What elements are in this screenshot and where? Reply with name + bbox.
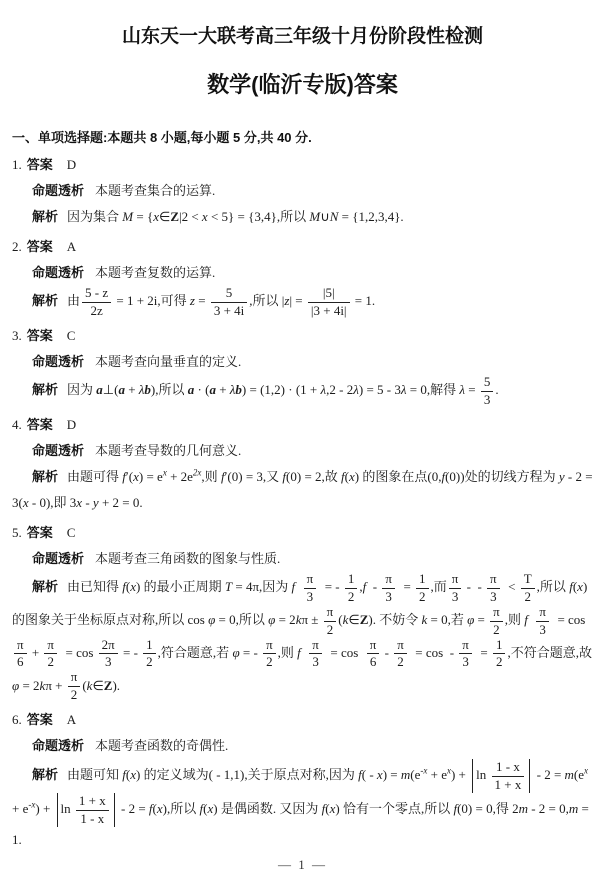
solution-line: 解析由已知得 f(x) 的最小正周期 T = 4π,因为 f π3 = - 12… — [12, 572, 593, 704]
solution-label: 解析 — [32, 469, 58, 484]
analysis-text: 本题考查函数的奇偶性. — [95, 738, 228, 753]
answer-label: 答案 — [27, 712, 53, 727]
analysis-label: 命题透析 — [32, 551, 84, 566]
solution-line: 解析由题可知 f(x) 的定义域为( - 1,1),关于原点对称,因为 f( -… — [12, 759, 593, 853]
analysis-text: 本题考查导数的几何意义. — [95, 443, 241, 458]
solution-label: 解析 — [32, 382, 58, 397]
question-number: 6. — [12, 712, 22, 727]
analysis-text: 本题考查三角函数的图象与性质. — [95, 551, 280, 566]
page-subtitle: 数学(临沂专版)答案 — [12, 70, 593, 100]
answer-label: 答案 — [27, 328, 53, 343]
section-heading: 一、单项选择题:本题共 8 小题,每小题 5 分,共 40 分. — [12, 128, 593, 148]
answer-value: C — [67, 525, 76, 540]
question-number: 3. — [12, 328, 22, 343]
solution-line: 解析因为 a⊥(a + λb),所以 a · (a + λb) = (1,2) … — [12, 375, 593, 408]
question-number: 2. — [12, 239, 22, 254]
analysis-label: 命题透析 — [32, 443, 84, 458]
question-number: 5. — [12, 525, 22, 540]
solution-label: 解析 — [32, 293, 58, 308]
answer-line: 1.答案D — [12, 152, 593, 178]
solution-line: 解析由题可得 f′(x) = ex + 2e2x,则 f′(0) = 3,又 f… — [12, 464, 593, 516]
analysis-text: 本题考查集合的运算. — [95, 183, 215, 198]
analysis-line: 命题透析本题考查复数的运算. — [32, 260, 593, 286]
answer-label: 答案 — [27, 525, 53, 540]
solution-line: 解析由5 - z2z = 1 + 2i,可得 z = 53 + 4i,所以 |z… — [12, 286, 593, 319]
solution-text: 由题可得 f′(x) = ex + 2e2x,则 f′(0) = 3,又 f(0… — [12, 469, 593, 510]
answer-value: D — [67, 417, 76, 432]
answer-value: D — [67, 157, 76, 172]
solution-label: 解析 — [32, 209, 58, 224]
question-number: 4. — [12, 417, 22, 432]
solution-text: 因为集合 M = {x∈Z|2 < x < 5} = {3,4},所以 M∪N … — [67, 209, 404, 224]
question-number: 1. — [12, 157, 22, 172]
answer-line: 4.答案D — [12, 412, 593, 438]
question-4-block: 4.答案D 命题透析本题考查导数的几何意义. 解析由题可得 f′(x) = ex… — [12, 412, 593, 516]
page-title: 山东天一大联考高三年级十月份阶段性检测 — [12, 24, 593, 50]
solution-line: 解析因为集合 M = {x∈Z|2 < x < 5} = {3,4},所以 M∪… — [12, 204, 593, 230]
analysis-label: 命题透析 — [32, 738, 84, 753]
answer-line: 5.答案C — [12, 520, 593, 546]
answer-sheet-page: 山东天一大联考高三年级十月份阶段性检测 数学(临沂专版)答案 一、单项选择题:本… — [0, 0, 605, 895]
analysis-line: 命题透析本题考查函数的奇偶性. — [32, 733, 593, 759]
answer-line: 2.答案A — [12, 234, 593, 260]
analysis-line: 命题透析本题考查向量垂直的定义. — [32, 349, 593, 375]
analysis-label: 命题透析 — [32, 183, 84, 198]
page-number-footer: — 1 — — [12, 857, 593, 873]
question-5-block: 5.答案C 命题透析本题考查三角函数的图象与性质. 解析由已知得 f(x) 的最… — [12, 520, 593, 704]
answer-label: 答案 — [27, 157, 53, 172]
question-3-block: 3.答案C 命题透析本题考查向量垂直的定义. 解析因为 a⊥(a + λb),所… — [12, 323, 593, 408]
solution-text: 因为 a⊥(a + λb),所以 a · (a + λb) = (1,2) · … — [67, 382, 499, 397]
answer-value: A — [67, 712, 76, 727]
analysis-label: 命题透析 — [32, 265, 84, 280]
analysis-text: 本题考查向量垂直的定义. — [95, 354, 241, 369]
solution-label: 解析 — [32, 767, 58, 782]
analysis-text: 本题考查复数的运算. — [95, 265, 215, 280]
answer-value: A — [67, 239, 76, 254]
solution-text: 由题可知 f(x) 的定义域为( - 1,1),关于原点对称,因为 f( - x… — [12, 767, 589, 847]
analysis-line: 命题透析本题考查导数的几何意义. — [32, 438, 593, 464]
question-2-block: 2.答案A 命题透析本题考查复数的运算. 解析由5 - z2z = 1 + 2i… — [12, 234, 593, 319]
answer-label: 答案 — [27, 417, 53, 432]
answer-line: 3.答案C — [12, 323, 593, 349]
question-6-block: 6.答案A 命题透析本题考查函数的奇偶性. 解析由题可知 f(x) 的定义域为(… — [12, 707, 593, 853]
analysis-line: 命题透析本题考查三角函数的图象与性质. — [32, 546, 593, 572]
answer-line: 6.答案A — [12, 707, 593, 733]
solution-text: 由已知得 f(x) 的最小正周期 T = 4π,因为 f π3 = - 12,f… — [12, 579, 592, 693]
analysis-label: 命题透析 — [32, 354, 84, 369]
solution-text: 由5 - z2z = 1 + 2i,可得 z = 53 + 4i,所以 |z| … — [67, 293, 375, 308]
analysis-line: 命题透析本题考查集合的运算. — [32, 178, 593, 204]
answer-value: C — [67, 328, 76, 343]
question-1-block: 1.答案D 命题透析本题考查集合的运算. 解析因为集合 M = {x∈Z|2 <… — [12, 152, 593, 230]
answer-label: 答案 — [27, 239, 53, 254]
solution-label: 解析 — [32, 579, 58, 594]
